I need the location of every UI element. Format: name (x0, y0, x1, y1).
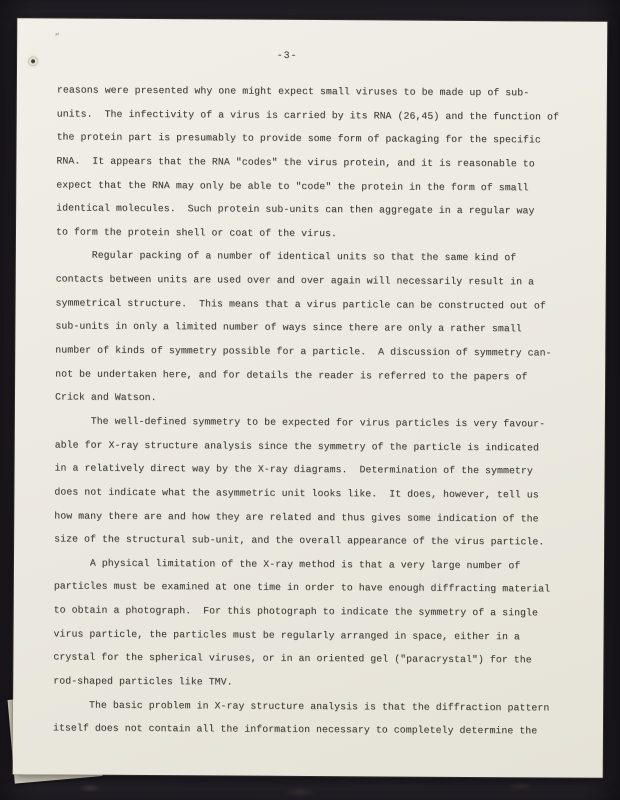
typed-lines: reasons were presented why one might exp… (53, 78, 559, 743)
typed-line: able for X-ray structure analysis since … (55, 433, 557, 460)
typed-line: contacts between units are used over and… (56, 268, 558, 295)
typed-line: how many there are and how they are rela… (54, 504, 556, 531)
typed-line: rod-shaped particles like TMV. (53, 669, 555, 696)
typed-line: identical molecules. Such protein sub-un… (56, 197, 558, 224)
typed-line: number of kinds of symmetry possible for… (55, 338, 557, 365)
typed-line: itself does not contain all the informat… (53, 717, 555, 744)
page-number: -3- (17, 48, 557, 62)
typed-line: to obtain a photograph. For this photogr… (54, 599, 556, 626)
typed-line: symmetrical structure. This means that a… (56, 291, 558, 318)
typed-line: units. The infectivity of a virus is car… (57, 102, 559, 129)
typed-line: RNA. It appears that the RNA "codes" the… (56, 149, 558, 176)
typed-line: the protein part is presumably to provid… (57, 126, 559, 153)
typed-line: does not indicate what the asymmetric un… (54, 480, 556, 507)
typed-line: A physical limitation of the X-ray metho… (54, 551, 556, 578)
typed-line: to form the protein shell or coat of the… (56, 220, 558, 247)
typed-line: crystal for the spherical viruses, or in… (53, 646, 555, 673)
typed-line: The well-defined symmetry to be expected… (55, 409, 557, 436)
typed-line: expect that the RNA may only be able to … (56, 173, 558, 200)
punch-dot-mark (31, 59, 35, 63)
typed-line: not be undertaken here, and for details … (55, 362, 557, 389)
typed-line: Crick and Watson. (55, 386, 557, 413)
typed-line: Regular packing of a number of identical… (56, 244, 558, 271)
typed-line: virus particle, the particles must be re… (53, 622, 555, 649)
typed-line: in a relatively direct way by the X-ray … (54, 457, 556, 484)
stray-typed-mark: ” (54, 32, 61, 43)
typewritten-page: ” -3- reasons were presented why one mig… (13, 18, 608, 778)
typed-line: The basic problem in X-ray structure ana… (53, 693, 555, 720)
typed-line: size of the structural sub-unit, and the… (54, 528, 556, 555)
typed-line: sub-units in only a limited number of wa… (55, 315, 557, 342)
typed-line: particles must be examined at one time i… (54, 575, 556, 602)
typed-line: reasons were presented why one might exp… (57, 78, 559, 105)
